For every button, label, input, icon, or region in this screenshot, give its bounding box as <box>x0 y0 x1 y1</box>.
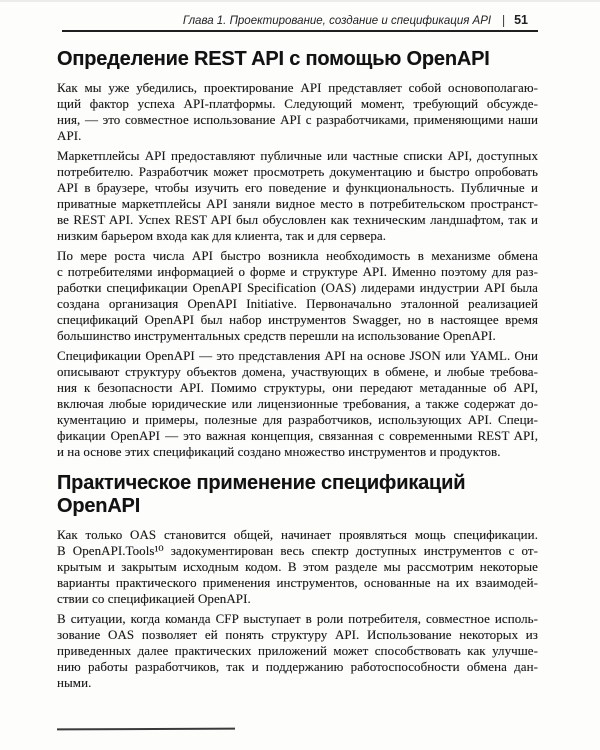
text-line: В ситуации, когда команда CFP выступает … <box>57 611 538 627</box>
section-defining-rest-api: Определение REST API с помощью OpenAPI К… <box>57 48 538 460</box>
page-number: 51 <box>514 13 528 27</box>
text-line: фикации OpenAPI — это важная концепция, … <box>57 428 538 444</box>
book-page: Глава 1. Проектирование, создание и спец… <box>0 0 600 750</box>
section-body: Как мы уже убедились, проектирование API… <box>57 80 538 460</box>
text-line: API. <box>57 128 538 144</box>
paragraph: В ситуации, когда команда CFP выступает … <box>57 611 538 691</box>
paragraph: Как только OAS становится общей, начинае… <box>57 527 538 607</box>
text-line: включая любые юридические или лицензионн… <box>57 396 538 412</box>
header-separator: | <box>502 13 505 29</box>
text-line: с потребителями информацией о форме и ст… <box>57 264 538 280</box>
header-rule <box>62 30 538 32</box>
text-line: щий фактор успеха API-платформы. Следующ… <box>57 96 538 112</box>
text-line: приведенных далее практических приложени… <box>57 643 538 659</box>
text-line: Как только OAS становится общей, начинае… <box>57 527 538 543</box>
text-line: API в браузере, чтобы изучить его поведе… <box>57 180 538 196</box>
section-body: Как только OAS становится общей, начинае… <box>57 527 538 691</box>
text-line: спецификаций OpenAPI был набор инструмен… <box>57 312 538 328</box>
text-line: ствии со спецификацией OpenAPI. <box>57 591 538 607</box>
text-line: описывают структуру объектов домена, уча… <box>57 364 538 380</box>
text-line: варианты практического применения инстру… <box>57 575 538 591</box>
text-line: кументацию и примеры, полезные для разра… <box>57 412 538 428</box>
text-line: Спецификации OpenAPI — это представления… <box>57 348 538 364</box>
text-line: большинство инструментальных средств пер… <box>57 328 538 344</box>
section-heading: Определение REST API с помощью OpenAPI <box>57 48 538 71</box>
text-line: крытым и закрытым исходным кодом. В этом… <box>57 559 538 575</box>
text-line: потребителю. Разработчик может просмотре… <box>57 164 538 180</box>
text-line: В OpenAPI.Tools¹⁰ задокументирован весь … <box>57 543 538 559</box>
text-line: нию работы разработчиков, так и поддержа… <box>57 659 538 675</box>
text-line: и на основе этих спецификаций создано мн… <box>57 444 538 460</box>
text-line: приватные маркетплейсы API заняли видное… <box>57 196 538 212</box>
chapter-title: Глава 1. Проектирование, создание и спец… <box>183 15 491 27</box>
paragraph: По мере роста числа API быстро возникла … <box>57 248 538 344</box>
running-head: Глава 1. Проектирование, создание и спец… <box>57 2 538 28</box>
text-line: зование OAS позволяет ей понять структур… <box>57 627 538 643</box>
text-line: ве REST API. Успех REST API был обусловл… <box>57 212 538 228</box>
paragraph: Маркетплейсы API предоставляют публичные… <box>57 148 538 244</box>
text-line: ния, — это совместное использование API … <box>57 112 538 128</box>
section-heading: Практическое применение спецификаций Ope… <box>57 472 538 518</box>
text-line: Маркетплейсы API предоставляют публичные… <box>57 148 538 164</box>
text-line: создана организация OpenAPI Initiative. … <box>57 296 538 312</box>
paragraph: Спецификации OpenAPI — это представления… <box>57 348 538 460</box>
text-line: ния к безопасности API. Помимо структуры… <box>57 380 538 396</box>
text-line: ными. <box>57 675 538 691</box>
text-line: Как мы уже убедились, проектирование API… <box>57 80 538 96</box>
text-line: низким барьером входа как для клиента, т… <box>57 228 538 244</box>
footnote-rule <box>57 728 235 731</box>
paragraph: Как мы уже убедились, проектирование API… <box>57 80 538 144</box>
text-line: По мере роста числа API быстро возникла … <box>57 248 538 264</box>
text-line: работки спецификации OpenAPI Specificati… <box>57 280 538 296</box>
section-practical-openapi: Практическое применение спецификаций Ope… <box>57 472 538 691</box>
